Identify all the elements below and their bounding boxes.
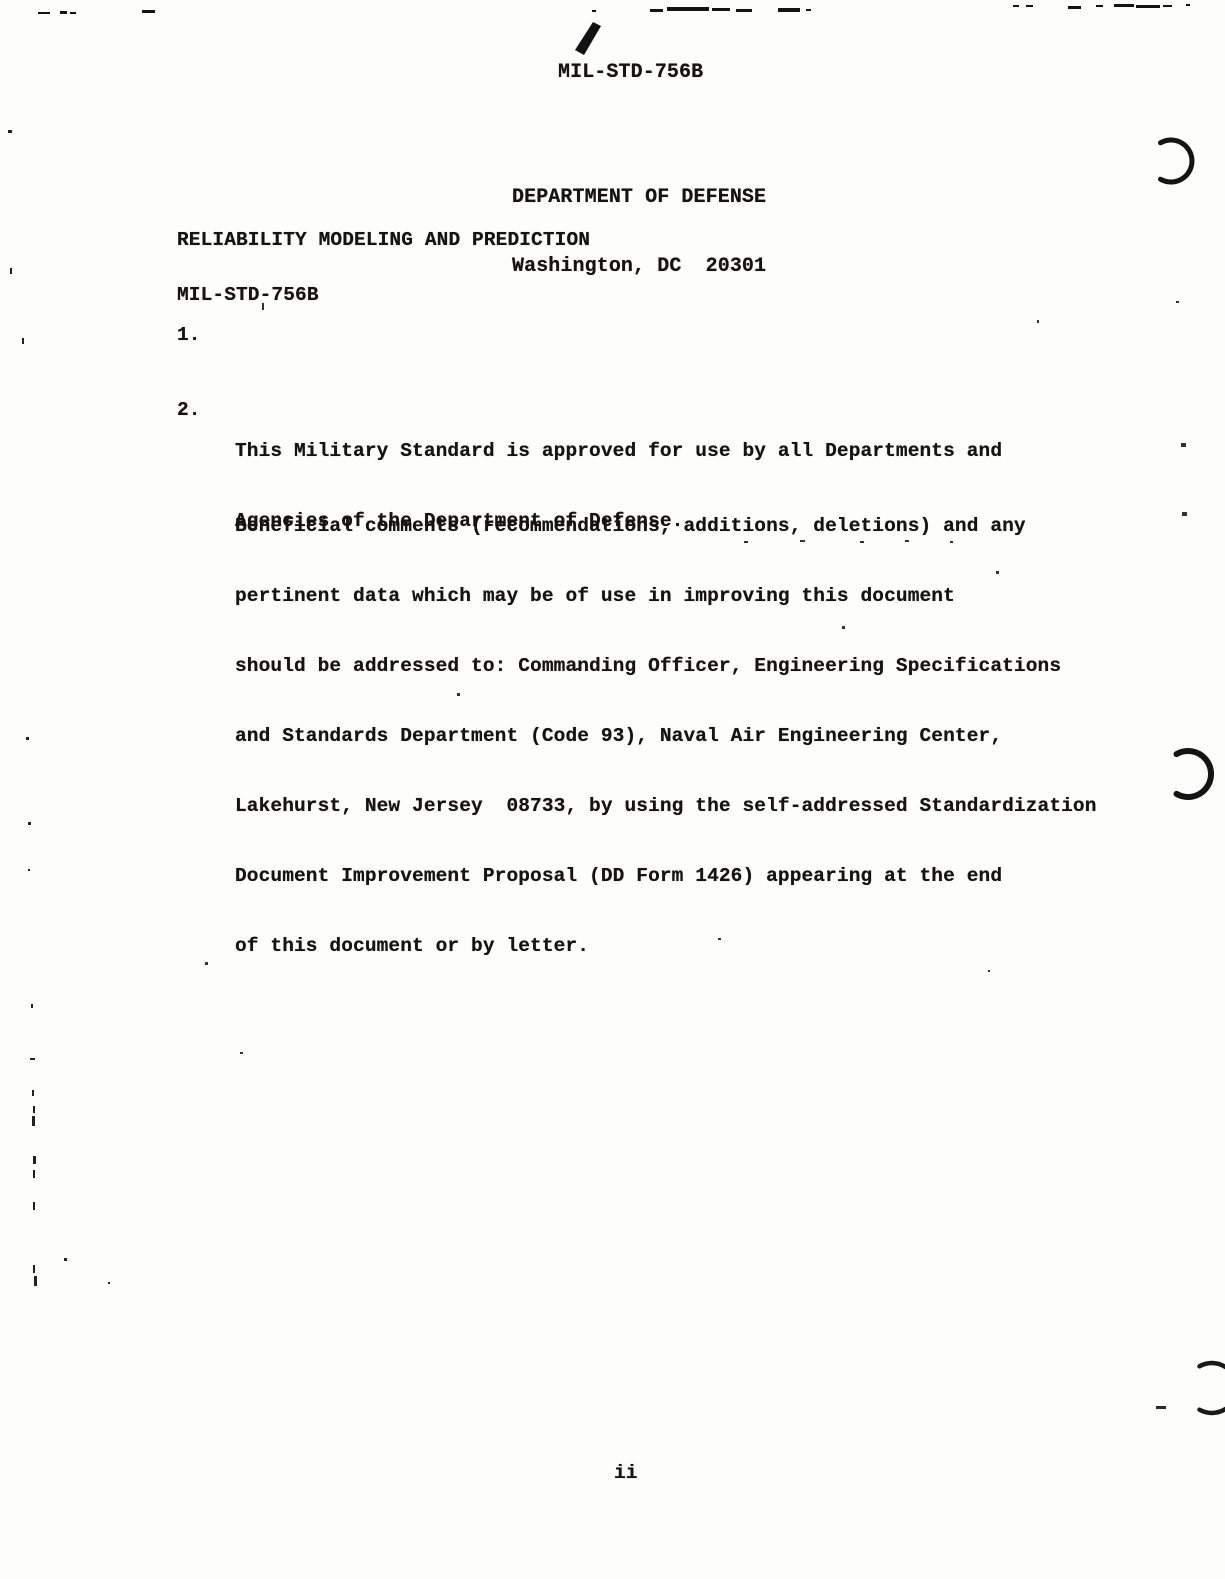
para-line: Document Improvement Proposal (DD Form 1… (235, 865, 1097, 888)
doc-id-header: MIL-STD-756B (558, 61, 703, 84)
left-margin-speckles (8, 130, 110, 1286)
binder-arc-mark-bottom (1200, 1363, 1225, 1413)
paragraph-2-body: Beneficial comments (recommendations, ad… (235, 469, 1097, 1005)
para-line: of this document or by letter. (235, 935, 1097, 958)
paragraph-2-number: 2. (177, 399, 201, 422)
para-line: pertinent data which may be of use in im… (235, 585, 1097, 608)
document-title: RELIABILITY MODELING AND PREDICTION (177, 229, 590, 252)
para-line: Lakehurst, New Jersey 08733, by using th… (235, 795, 1097, 818)
scanned-document-page: MIL-STD-756B DEPARTMENT OF DEFENSE Washi… (0, 0, 1225, 1579)
para-line: Beneficial comments (recommendations, ad… (235, 515, 1097, 538)
doc-id-reference: MIL-STD-756B (177, 284, 319, 307)
binder-arc-mark-top (1161, 140, 1192, 182)
para-line: and Standards Department (Code 93), Nava… (235, 725, 1097, 748)
top-edge-scan-noise (38, 4, 1190, 14)
page-number-footer: ii (614, 1462, 638, 1485)
paragraph-1-number: 1. (177, 324, 201, 347)
department-name: DEPARTMENT OF DEFENSE (512, 186, 766, 209)
department-address: Washington, DC 20301 (512, 255, 766, 278)
para-line: should be addressed to: Commanding Offic… (235, 655, 1097, 678)
pen-slash-mark (575, 22, 601, 55)
scan-speckle (1156, 1406, 1166, 1409)
binder-arc-mark-middle (1177, 751, 1212, 797)
paragraph-2: 2. Beneficial comments (recommendations,… (177, 399, 1097, 1051)
